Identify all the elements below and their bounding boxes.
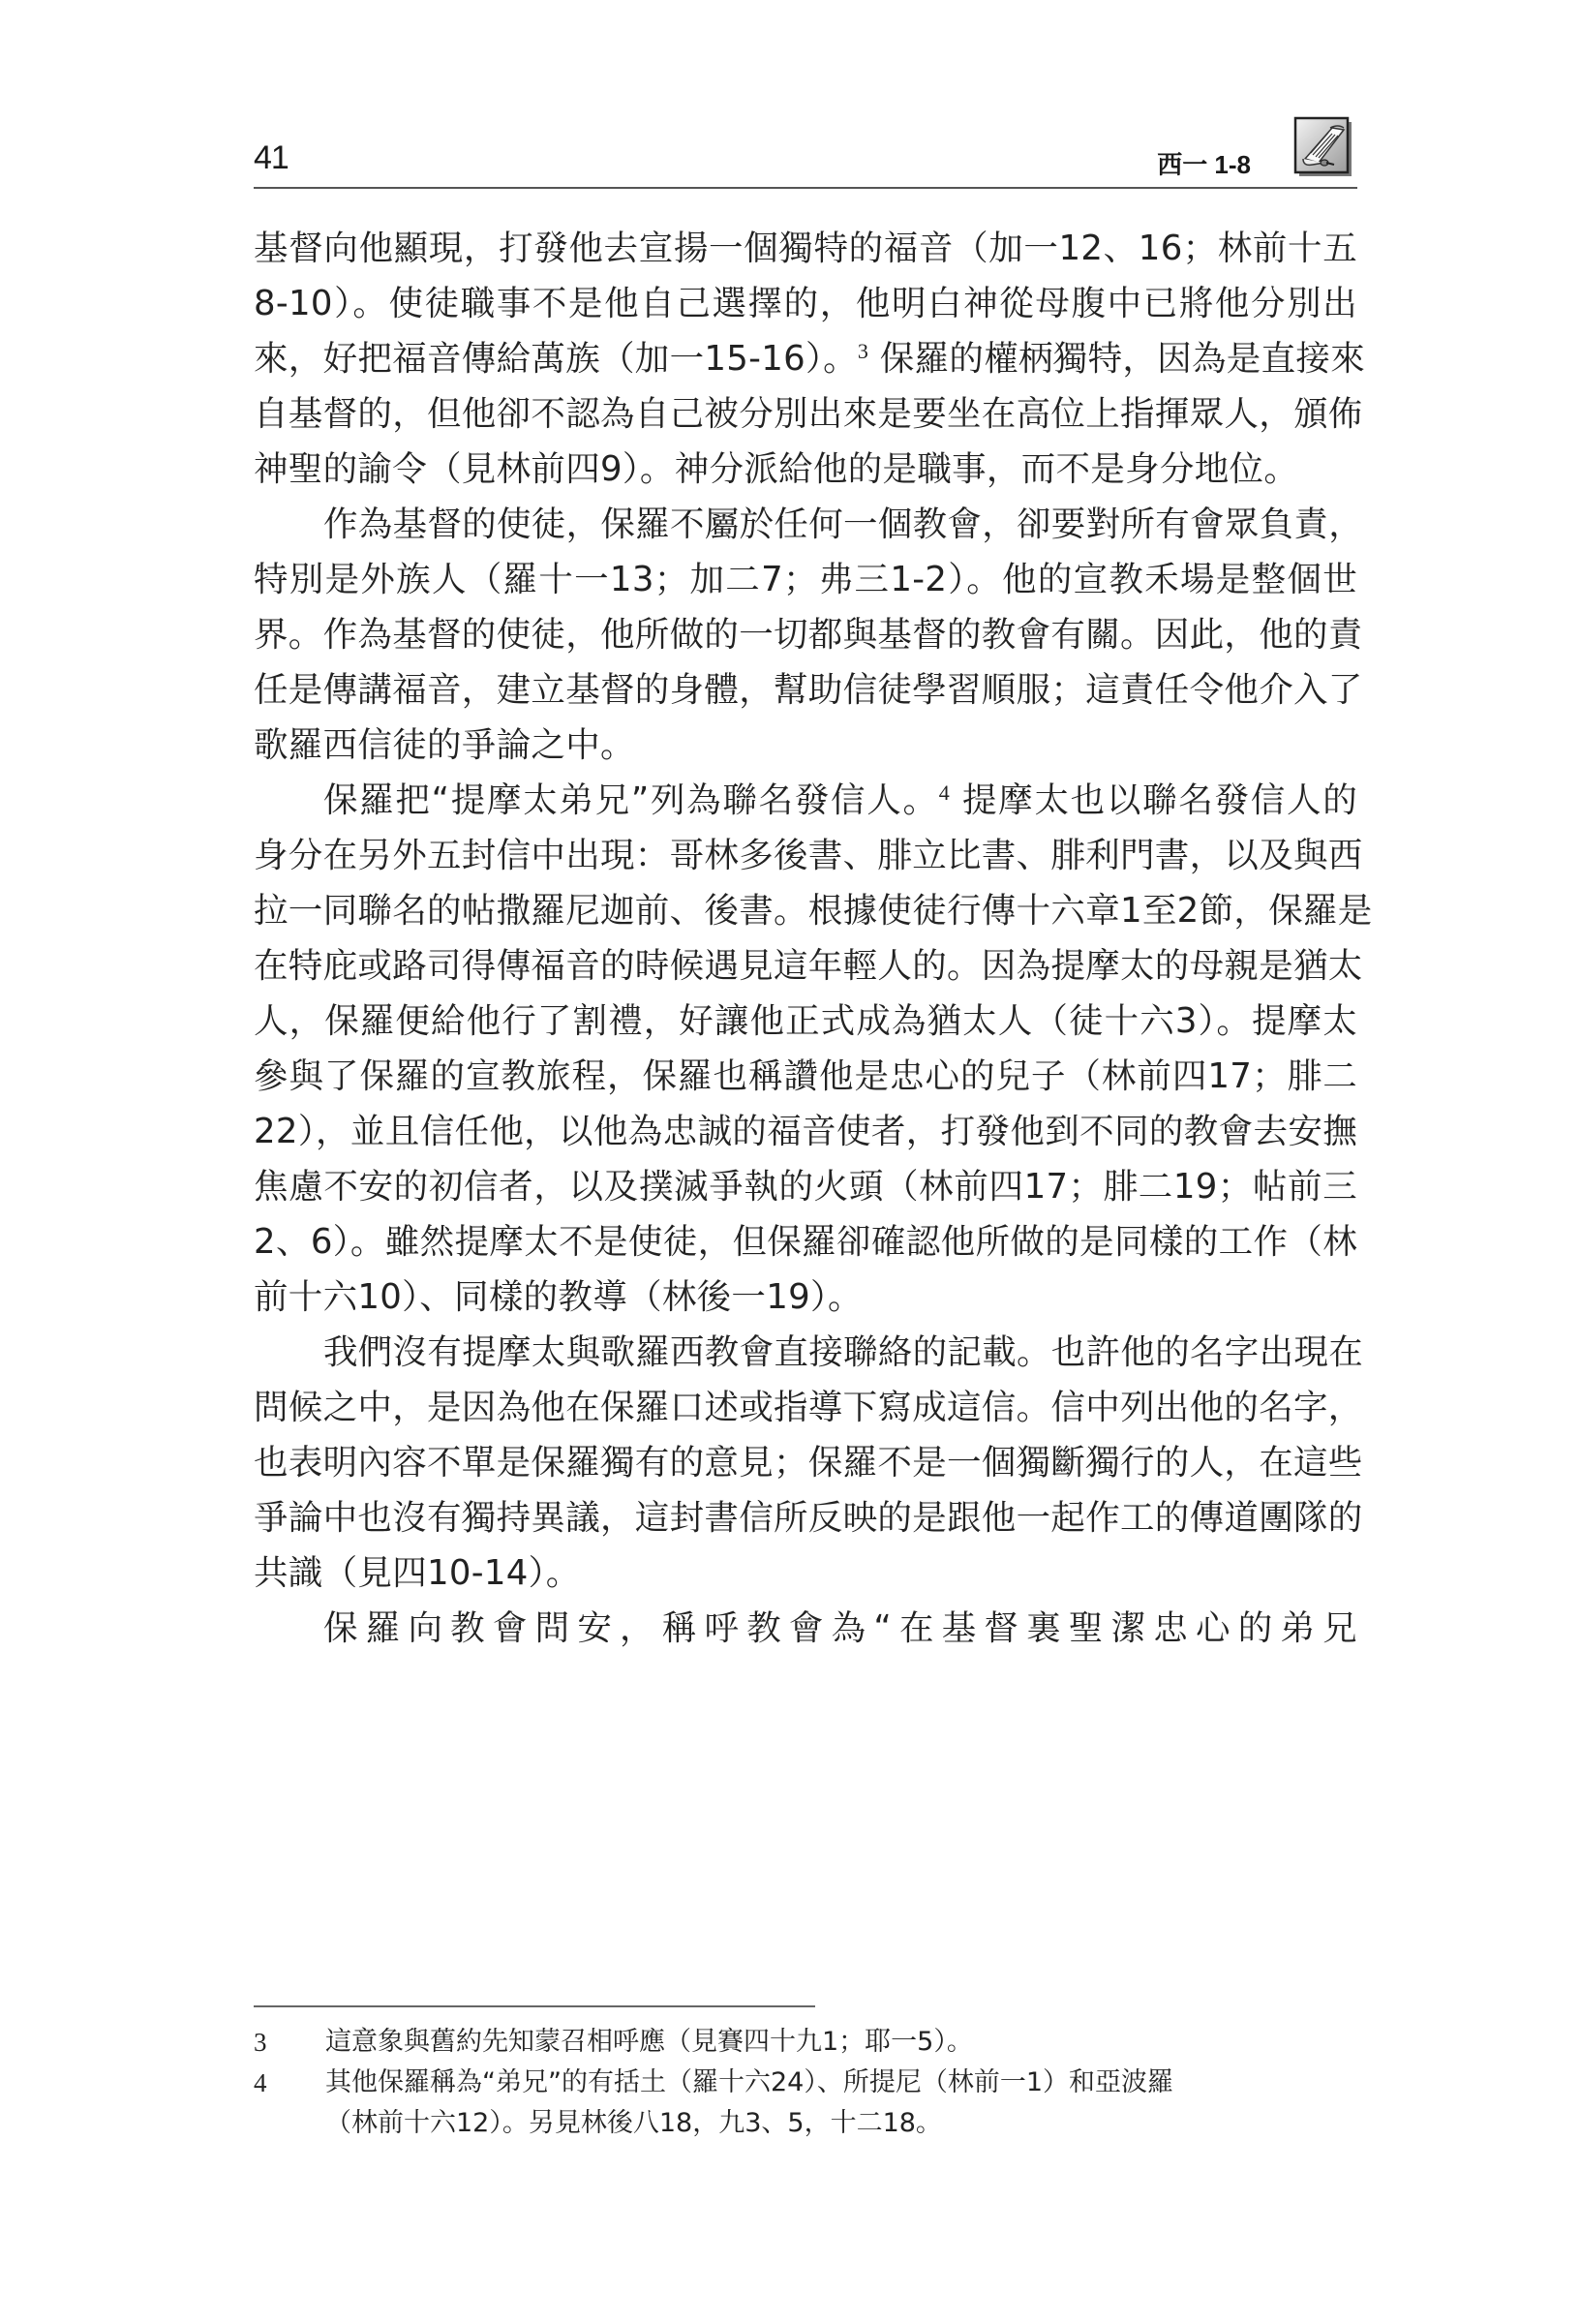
- text-line: 22），並且信任他，以他為忠誠的福音使者，打發他到不同的教會去安撫: [254, 1104, 1357, 1159]
- text-line: 自基督的，但他卻不認為自己被分別出來是要坐在高位上指揮眾人，頒佈: [254, 386, 1357, 442]
- text-line: 也表明內容不單是保羅獨有的意見；保羅不是一個獨斷獨行的人，在這些: [254, 1435, 1357, 1490]
- text-line: 歌羅西信徒的爭論之中。: [254, 718, 1357, 773]
- text-line: 神聖的諭令（見林前四9）。神分派給他的是職事，而不是身分地位。: [254, 442, 1357, 497]
- footnote-3: 3 這意象與舊約先知蒙召相呼應（見賽四十九1；耶一5）。: [254, 2022, 1357, 2063]
- text-line: 在特庇或路司得傳福音的時候遇見這年輕人的。因為提摩太的母親是猶太: [254, 938, 1357, 994]
- footnote-text: （林前十六12）。另見林後八18，九3、5，十二18。: [325, 2103, 1357, 2144]
- footnote-text: 這意象與舊約先知蒙召相呼應（見賽四十九1；耶一5）。: [325, 2022, 1357, 2063]
- body-text: 基督向他顯現，打發他去宣揚一個獨特的福音（加一12、16；林前十五 8-10）。…: [254, 221, 1357, 1656]
- footnote-text: 其他保羅稱為“弟兄”的有括土（羅十六24）、所提尼（林前一1）和亞波羅: [325, 2063, 1357, 2103]
- text-line: 作為基督的使徒，保羅不屬於任何一個教會，卻要對所有會眾負責，: [254, 497, 1357, 552]
- text-line: 來，好把福音傳給萬族（加一15-16）。3 保羅的權柄獨特，因為是直接來: [254, 331, 1357, 386]
- footnote-number: 3: [254, 2022, 267, 2063]
- page-header: 41 西一 1-8: [254, 114, 1357, 192]
- book-page: 41 西一 1-8: [0, 0, 1580, 2324]
- text-line: 焦慮不安的初信者，以及撲滅爭執的火頭（林前四17；腓二19；帖前三: [254, 1159, 1357, 1214]
- text-line: 前十六10）、同樣的教導（林後一19）。: [254, 1269, 1357, 1325]
- paragraph: 保羅把“提摩太弟兄”列為聯名發信人。4 提摩太也以聯名發信人的 身分在另外五封信…: [254, 773, 1357, 1325]
- footnote-4: 4 其他保羅稱為“弟兄”的有括土（羅十六24）、所提尼（林前一1）和亞波羅 （林…: [254, 2063, 1357, 2144]
- text-line: 保羅向教會問安，稱呼教會為“在基督裏聖潔忠心的弟兄: [254, 1601, 1357, 1656]
- text-segment: 提摩太也以聯名發信人的: [950, 780, 1357, 820]
- paragraph: 基督向他顯現，打發他去宣揚一個獨特的福音（加一12、16；林前十五 8-10）。…: [254, 221, 1357, 497]
- scroll-icon: [1293, 116, 1353, 178]
- paragraph: 作為基督的使徒，保羅不屬於任何一個教會，卻要對所有會眾負責， 特別是外族人（羅十…: [254, 497, 1357, 773]
- text-line: 身分在另外五封信中出現：哥林多後書、腓立比書、腓利門書，以及與西: [254, 828, 1357, 883]
- paragraph: 我們沒有提摩太與歌羅西教會直接聯絡的記載。也許他的名字出現在 問候之中，是因為他…: [254, 1325, 1357, 1601]
- text-line: 人，保羅便給他行了割禮，好讓他正式成為猶太人（徒十六3）。提摩太: [254, 994, 1357, 1049]
- header-rule: [254, 187, 1357, 189]
- text-line: 2、6）。雖然提摩太不是使徒，但保羅卻確認他所做的是同樣的工作（林: [254, 1214, 1357, 1269]
- footnote-ref-4[interactable]: 4: [939, 780, 950, 805]
- footnotes: 3 這意象與舊約先知蒙召相呼應（見賽四十九1；耶一5）。 4 其他保羅稱為“弟兄…: [254, 2022, 1357, 2144]
- text-line: 任是傳講福音，建立基督的身體，幫助信徒學習順服；這責任令他介入了: [254, 662, 1357, 718]
- footnote-number: 4: [254, 2063, 267, 2103]
- text-line: 特別是外族人（羅十一13；加二7；弗三1-2）。他的宣教禾場是整個世: [254, 552, 1357, 607]
- text-segment: 來，好把福音傳給萬族（加一15-16）。: [254, 339, 858, 379]
- text-line: 界。作為基督的使徒，他所做的一切都與基督的教會有關。因此，他的責: [254, 607, 1357, 662]
- text-line: 共識（見四10-14）。: [254, 1545, 1357, 1601]
- running-head: 西一 1-8: [1157, 145, 1251, 181]
- text-line: 參與了保羅的宣教旅程，保羅也稱讚他是忠心的兒子（林前四17；腓二: [254, 1049, 1357, 1104]
- page-number: 41: [254, 139, 289, 177]
- text-line: 爭論中也沒有獨持異議，這封書信所反映的是跟他一起作工的傳道團隊的: [254, 1490, 1357, 1545]
- paragraph: 保羅向教會問安，稱呼教會為“在基督裏聖潔忠心的弟兄: [254, 1601, 1357, 1656]
- text-line: 我們沒有提摩太與歌羅西教會直接聯絡的記載。也許他的名字出現在: [254, 1325, 1357, 1380]
- footnote-rule: [254, 2005, 815, 2007]
- text-segment: 保羅的權柄獨特，因為是直接來: [868, 339, 1365, 379]
- text-line: 問候之中，是因為他在保羅口述或指導下寫成這信。信中列出他的名字，: [254, 1380, 1357, 1435]
- text-line: 保羅把“提摩太弟兄”列為聯名發信人。4 提摩太也以聯名發信人的: [254, 773, 1357, 828]
- text-line: 基督向他顯現，打發他去宣揚一個獨特的福音（加一12、16；林前十五: [254, 221, 1357, 276]
- footnote-ref-3[interactable]: 3: [858, 339, 868, 363]
- text-line: 拉一同聯名的帖撒羅尼迦前、後書。根據使徒行傳十六章1至2節，保羅是: [254, 883, 1357, 938]
- text-line: 8-10）。使徒職事不是他自己選擇的，他明白神從母腹中已將他分別出: [254, 276, 1357, 331]
- text-segment: 保羅把“提摩太弟兄”列為聯名發信人。: [323, 780, 939, 820]
